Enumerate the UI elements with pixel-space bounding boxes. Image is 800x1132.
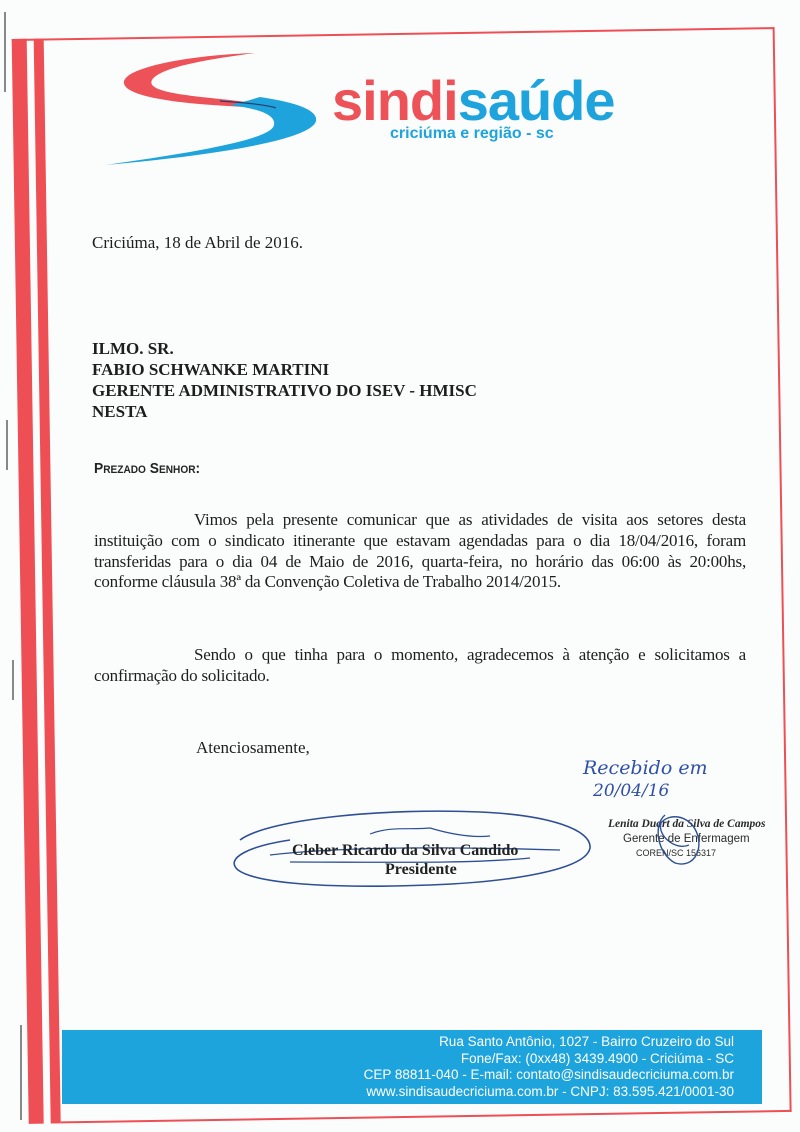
footer-contact-bar: Rua Santo Antônio, 1027 - Bairro Cruzeir… xyxy=(62,1030,762,1104)
footer-website: www.sindisaudecriciuma.com.br - CNPJ: 83… xyxy=(364,1084,734,1101)
brand-subtitle: criciúma e região - sc xyxy=(390,125,554,143)
signature-block: Cleber Ricardo da Silva Candido Presiden… xyxy=(230,800,610,910)
body-paragraph: Vimos pela presente comunicar que as ati… xyxy=(94,510,746,593)
recipient-block: ILMO. SR. FABIO SCHWANKE MARTINI GERENTE… xyxy=(92,338,477,422)
footer-phone: Fone/Fax: (0xx48) 3439.4900 - Criciúma -… xyxy=(364,1051,734,1068)
body-paragraph: Sendo o que tinha para o momento, agrade… xyxy=(94,645,746,687)
bottom-border xyxy=(61,1110,792,1123)
signatory-title: Presidente xyxy=(385,861,457,879)
footer-contact-lines: Rua Santo Antônio, 1027 - Bairro Cruzeir… xyxy=(364,1034,734,1100)
place-date: Criciúma, 18 de Abril de 2016. xyxy=(92,233,303,253)
right-border xyxy=(773,27,792,1112)
salutation: Prezado Senhor: xyxy=(94,460,200,477)
sindisaude-logo: sindisaúde criciúma e região - sc xyxy=(100,45,660,175)
footer-address: Rua Santo Antônio, 1027 - Bairro Cruzeir… xyxy=(364,1034,734,1051)
recipient-line: ILMO. SR. xyxy=(92,338,477,359)
receipt-stamp: Recebido em 20/04/16 Lenita Duart da Sil… xyxy=(565,755,765,885)
recipient-line: NESTA xyxy=(92,401,477,422)
brand-name: sindisaúde xyxy=(332,73,615,129)
recipient-line: FABIO SCHWANKE MARTINI xyxy=(92,359,477,380)
recipient-line: GERENTE ADMINISTRATIVO DO ISEV - HMISC xyxy=(92,380,477,401)
footer-email: CEP 88811-040 - E-mail: contato@sindisau… xyxy=(364,1067,734,1084)
swoosh-logo-icon xyxy=(100,45,340,175)
stamp-signature-icon xyxy=(565,755,765,885)
closing: Atenciosamente, xyxy=(196,738,310,758)
top-border xyxy=(12,27,774,41)
signatory-name: Cleber Ricardo da Silva Candido xyxy=(292,842,518,860)
